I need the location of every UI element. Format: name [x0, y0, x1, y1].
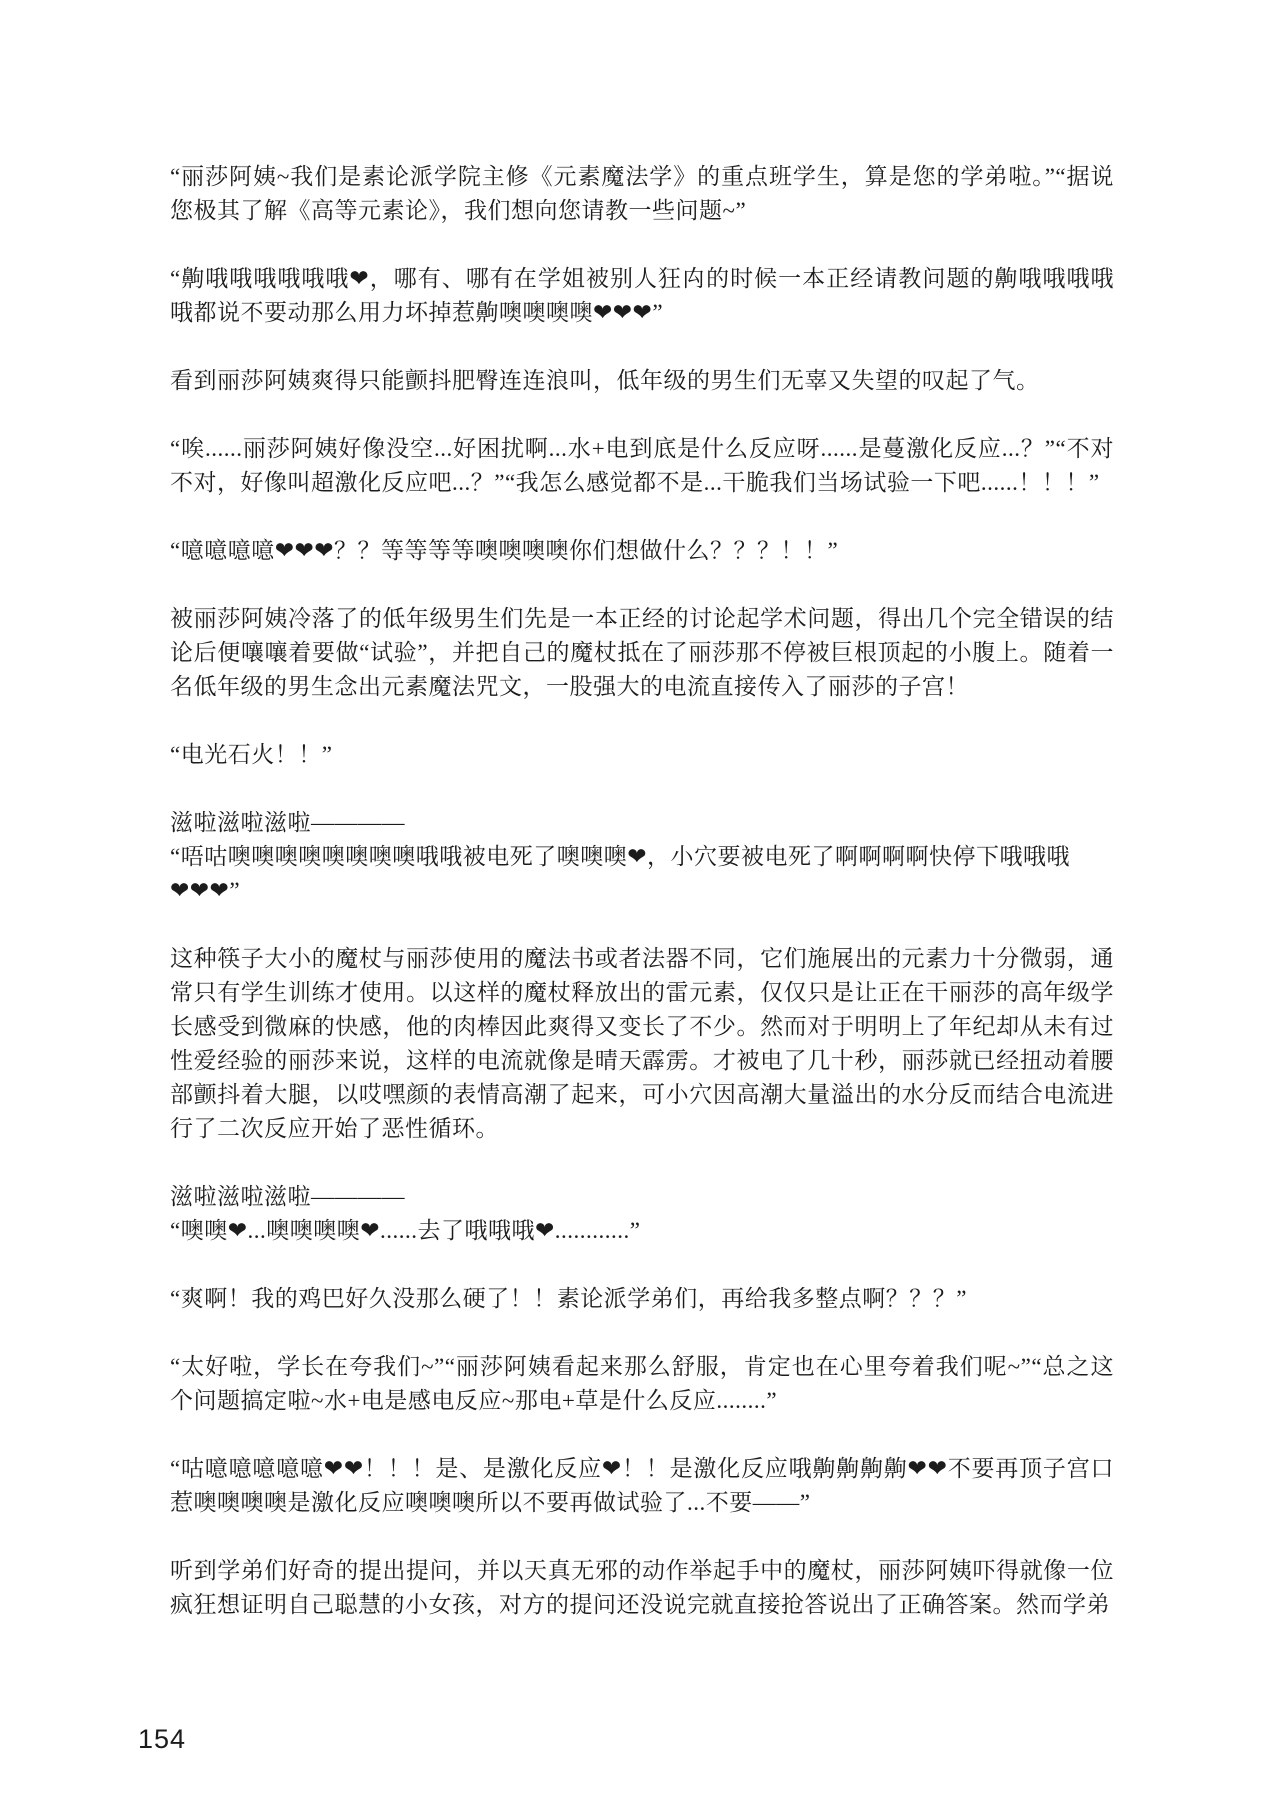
paragraph-dialogue: “噫噫噫噫❤❤❤？？等等等等噢噢噢噢你们想做什么？？？！！” [170, 534, 1114, 568]
paragraph-dialogue: “齁哦哦哦哦哦哦❤，哪有、哪有在学姐被别人狂禸的时候一本正经请教问题的齁哦哦哦哦… [170, 262, 1114, 330]
paragraph-dialogue: “电光石火！！” [170, 738, 1114, 772]
paragraph-narration: 这种筷子大小的魔杖与丽莎使用的魔法书或者法器不同，它们施展出的元素力十分微弱，通… [170, 942, 1114, 1146]
paragraph-sfx-dialogue: 滋啦滋啦滋啦———— “唔咕噢噢噢噢噢噢噢噢哦哦被电死了噢噢噢❤，小穴要被电死了… [170, 806, 1114, 908]
paragraph-narration: 听到学弟们好奇的提出提问，并以天真无邪的动作举起手中的魔杖，丽莎阿姨吓得就像一位… [170, 1554, 1114, 1622]
paragraph-dialogue: “太好啦，学长在夸我们~”“丽莎阿姨看起来那么舒服，肯定也在心里夸着我们呢~”“… [170, 1350, 1114, 1418]
paragraph-dialogue: “咕噫噫噫噫噫❤❤！！！是、是激化反应❤！！是激化反应哦齁齁齁齁❤❤不要再顶子宫… [170, 1452, 1114, 1520]
paragraph-dialogue: “爽啊！我的鸡巴好久没那么硬了！！素论派学弟们，再给我多整点啊？？？” [170, 1282, 1114, 1316]
paragraph-dialogue: “丽莎阿姨~我们是素论派学院主修《元素魔法学》的重点班学生，算是您的学弟啦。”“… [170, 160, 1114, 228]
page-number: 154 [138, 1724, 186, 1755]
document-page: “丽莎阿姨~我们是素论派学院主修《元素魔法学》的重点班学生，算是您的学弟啦。”“… [0, 0, 1280, 1810]
page-text-block: “丽莎阿姨~我们是素论派学院主修《元素魔法学》的重点班学生，算是您的学弟啦。”“… [170, 160, 1114, 1656]
paragraph-dialogue: “唉......丽莎阿姨好像没空...好困扰啊...水+电到底是什么反应呀...… [170, 432, 1114, 500]
paragraph-sfx-dialogue: 滋啦滋啦滋啦———— “噢噢❤...噢噢噢噢❤......去了哦哦哦❤.....… [170, 1180, 1114, 1248]
paragraph-narration: 看到丽莎阿姨爽得只能颤抖肥臀连连浪叫，低年级的男生们无辜又失望的叹起了气。 [170, 364, 1114, 398]
paragraph-narration: 被丽莎阿姨冷落了的低年级男生们先是一本正经的讨论起学术问题，得出几个完全错误的结… [170, 602, 1114, 704]
